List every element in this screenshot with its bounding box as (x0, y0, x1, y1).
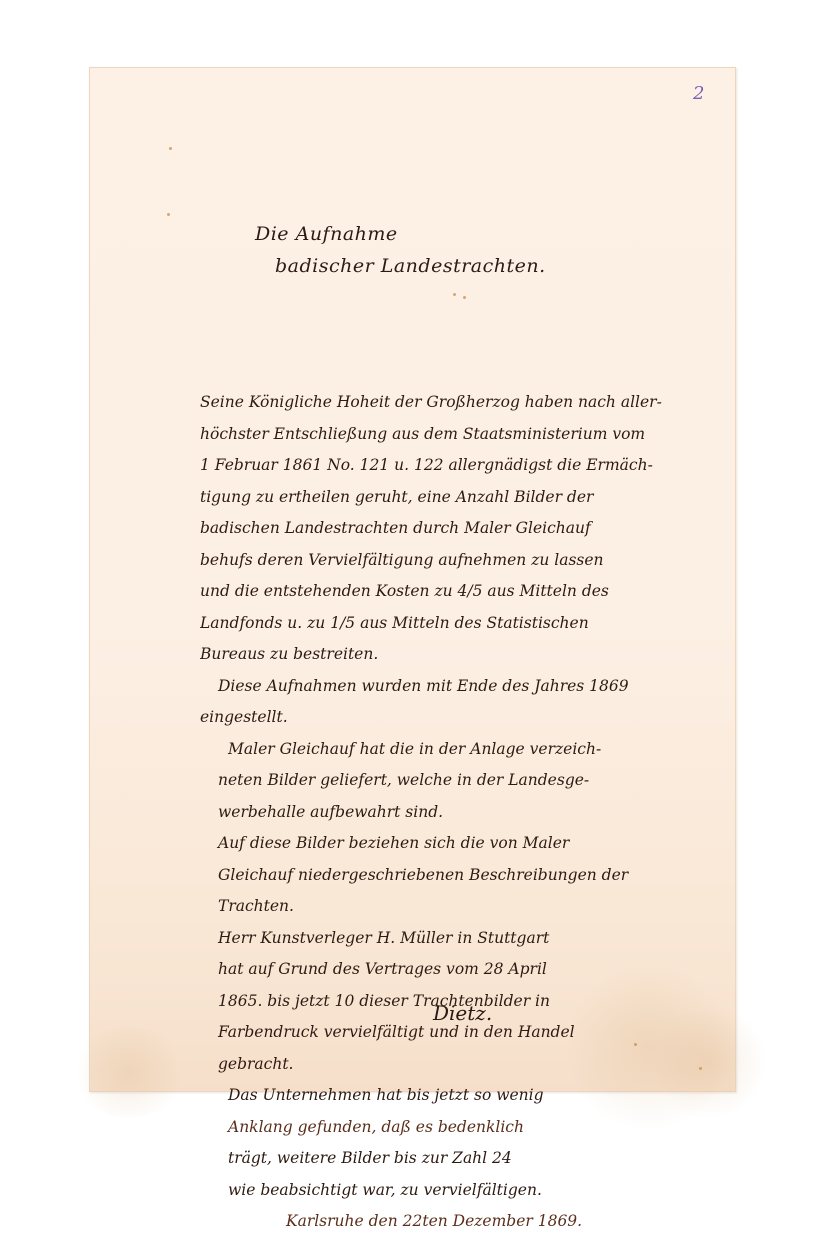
document-title-line-2: badischer Landestrachten. (275, 255, 546, 277)
text-line: 1 Februar 1861 No. 121 u. 122 allergnädi… (200, 450, 700, 482)
folio-number: 2 (693, 83, 704, 104)
text-line: Diese Aufnahmen wurden mit Ende des Jahr… (200, 671, 700, 703)
text-line: Seine Königliche Hoheit der Großherzog h… (200, 387, 700, 419)
text-line: gebracht. (200, 1049, 700, 1081)
text-line: Gleichauf niedergeschriebenen Beschreibu… (200, 860, 700, 892)
text-line: Trachten. (200, 891, 700, 923)
document-title-line-1: Die Aufnahme (255, 223, 398, 245)
paper-stain (69, 1027, 189, 1117)
text-line: Anklang gefunden, daß es bedenklich (200, 1112, 700, 1144)
text-line: tigung zu ertheilen geruht, eine Anzahl … (200, 482, 700, 514)
foxing-spot (169, 147, 172, 150)
text-line: trägt, weitere Bilder bis zur Zahl 24 (200, 1143, 700, 1169)
text-line: neten Bilder geliefert, welche in der La… (200, 765, 700, 797)
text-line: Das Unternehmen hat bis jetzt so wenig (200, 1080, 700, 1112)
text-line: hat auf Grund des Vertrages vom 28 April (200, 954, 700, 986)
text-line: Herr Kunstverleger H. Müller in Stuttgar… (200, 923, 700, 955)
foxing-spot (167, 213, 170, 216)
text-line: und die entstehenden Kosten zu 4/5 aus M… (200, 576, 700, 608)
manuscript-page: 2 Die Aufnahme badischer Landestrachten.… (89, 67, 736, 1092)
text-line: eingestellt. (200, 702, 700, 734)
text-line: Maler Gleichauf hat die in der Anlage ve… (200, 734, 700, 766)
text-line: behufs deren Vervielfältigung aufnehmen … (200, 545, 700, 577)
text-line: Bureaus zu bestreiten. (200, 639, 700, 671)
document-body: Seine Königliche Hoheit der Großherzog h… (200, 387, 700, 1169)
text-line: höchster Entschließung aus dem Staatsmin… (200, 419, 700, 451)
text-line: werbehalle aufbewahrt sind. (200, 797, 700, 829)
foxing-spot (463, 296, 466, 299)
text-line: Landfonds u. zu 1/5 aus Mitteln des Stat… (200, 608, 700, 640)
foxing-spot (453, 293, 456, 296)
text-line: Auf diese Bilder beziehen sich die von M… (200, 828, 700, 860)
signature: Dietz. (433, 1001, 492, 1025)
text-line: badischen Landestrachten durch Maler Gle… (200, 513, 700, 545)
